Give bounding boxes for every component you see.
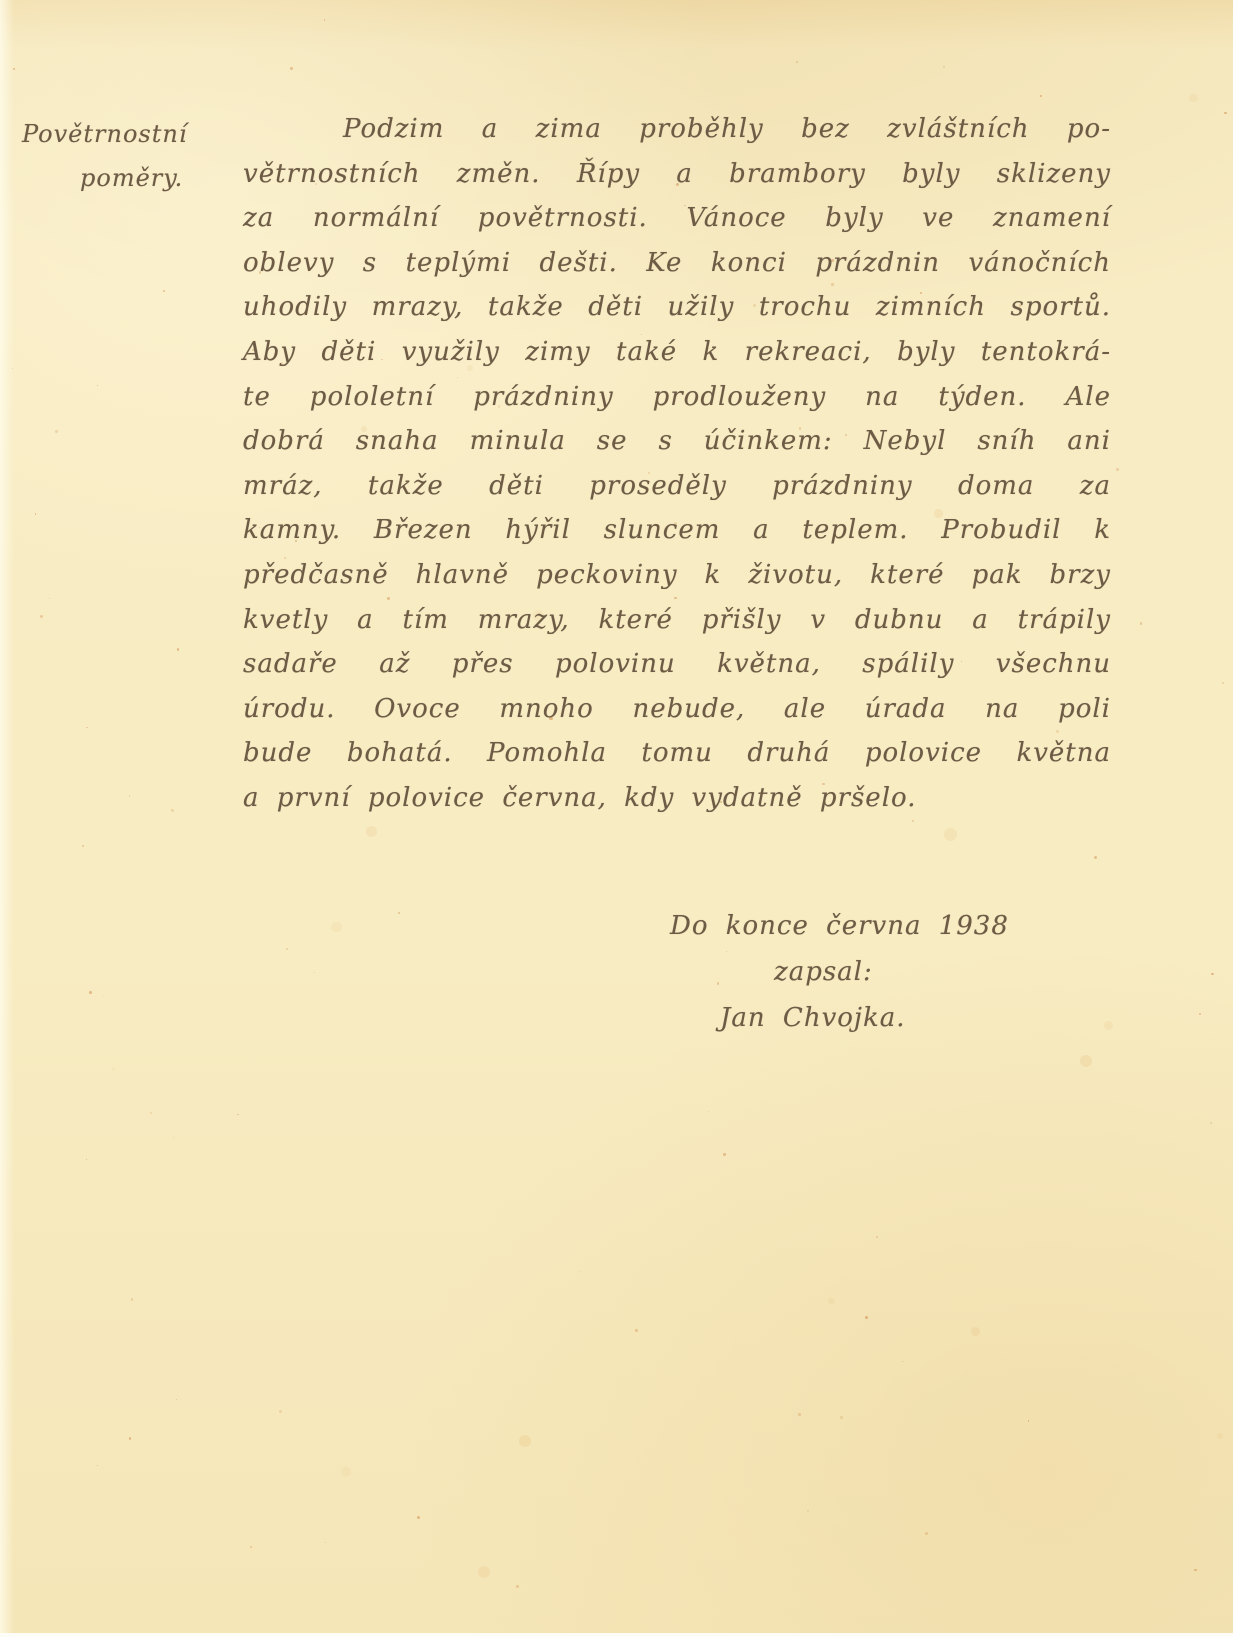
handwriting-line: za normální povětrnosti. Vánoce byly ve … xyxy=(243,196,1111,241)
foxing-spot xyxy=(1140,622,1142,624)
foxing-spot xyxy=(173,1137,174,1138)
foxing-spot xyxy=(341,1467,351,1477)
foxing-spot xyxy=(398,912,400,914)
foxing-spot xyxy=(635,1329,638,1332)
foxing-spot xyxy=(55,430,58,433)
margin-note: Povětrnostní poměry. xyxy=(22,112,232,200)
margin-note-line-1: Povětrnostní xyxy=(22,112,232,156)
closing-signature: Jan Chvojka. xyxy=(662,995,1022,1041)
handwriting-line: kamny. Březen hýřil sluncem a teplem. Pr… xyxy=(243,508,1111,553)
chronicle-page: Povětrnostní poměry. Podzim a zima probě… xyxy=(0,0,1233,1637)
foxing-spot xyxy=(35,513,37,515)
foxing-spot xyxy=(1211,973,1213,975)
foxing-spot xyxy=(865,1316,868,1319)
handwriting-line: větrnostních změn. Řípy a brambory byly … xyxy=(243,152,1111,197)
foxing-spot xyxy=(708,1111,709,1112)
foxing-spot xyxy=(177,648,180,651)
foxing-spot xyxy=(171,809,174,812)
foxing-spot xyxy=(1224,112,1227,115)
foxing-spot xyxy=(1217,1433,1223,1439)
closing-date: Do konce června 1938 xyxy=(662,903,1022,949)
foxing-spot xyxy=(163,290,165,292)
foxing-spot xyxy=(943,66,945,68)
closing-scribe-label: zapsal: xyxy=(662,949,1022,995)
foxing-spot xyxy=(840,1416,843,1419)
foxing-spot xyxy=(828,1298,835,1305)
foxing-spot xyxy=(1080,1055,1092,1067)
foxing-spot xyxy=(150,1112,152,1114)
handwriting-line: te pololetní prázdniny prodlouženy na tý… xyxy=(243,375,1111,420)
foxing-spot xyxy=(286,948,288,950)
foxing-spot xyxy=(902,1361,904,1363)
foxing-spot xyxy=(49,598,50,599)
handwriting-line: Aby děti využily zimy také k rekreaci, b… xyxy=(243,330,1111,375)
foxing-spot xyxy=(237,1114,239,1116)
handwriting-line: sadaře až přes polovinu května, spálily … xyxy=(243,642,1111,687)
foxing-spot xyxy=(1189,94,1197,102)
foxing-spot xyxy=(129,795,131,797)
foxing-spot xyxy=(798,1413,801,1416)
foxing-spot xyxy=(1040,95,1043,98)
handwriting-line: bude bohatá. Pomohla tomu druhá polovice… xyxy=(243,731,1111,776)
foxing-spot xyxy=(86,727,87,728)
foxing-spot xyxy=(250,1546,252,1548)
foxing-spot xyxy=(1194,1569,1196,1571)
foxing-spot xyxy=(1222,682,1225,685)
foxing-spot xyxy=(131,1298,133,1300)
foxing-spot xyxy=(176,1399,177,1400)
handwriting-line: úrodu. Ovoce mnoho nebude, ale úrada na … xyxy=(243,687,1111,732)
handwriting-line: mráz, takže děti proseděly prázdniny dom… xyxy=(243,464,1111,509)
foxing-spot xyxy=(1104,1021,1113,1030)
foxing-spot xyxy=(478,1566,490,1578)
foxing-spot xyxy=(1210,1122,1213,1125)
handwriting-line: kvetly a tím mrazy, které přišly v dubnu… xyxy=(243,598,1111,643)
foxing-spot xyxy=(1094,856,1097,859)
foxing-spot xyxy=(925,1532,928,1535)
foxing-spot xyxy=(912,820,914,822)
foxing-spot xyxy=(103,995,104,996)
handwriting-line: oblevy s teplými dešti. Ke konci prázdni… xyxy=(243,241,1111,286)
handwriting-line: dobrá snaha minula se s účinkem: Nebyl s… xyxy=(243,419,1111,464)
handwritten-paragraph: Podzim a zima proběhly bez zvláštních po… xyxy=(243,107,1111,821)
foxing-spot xyxy=(13,68,15,70)
foxing-spot xyxy=(290,67,293,70)
handwriting-line: a první polovice června, kdy vydatně prš… xyxy=(243,776,1111,821)
foxing-spot xyxy=(579,1271,580,1272)
foxing-spot xyxy=(331,922,342,933)
foxing-spot xyxy=(807,1510,809,1512)
handwriting-line: Podzim a zima proběhly bez zvláštních po… xyxy=(243,107,1111,152)
foxing-spot xyxy=(1028,1420,1029,1421)
foxing-spot xyxy=(89,991,92,994)
foxing-spot xyxy=(417,1516,420,1519)
foxing-spot xyxy=(519,1435,531,1447)
foxing-spot xyxy=(366,826,376,836)
foxing-spot xyxy=(324,19,326,21)
foxing-spot xyxy=(113,1068,114,1069)
foxing-spot xyxy=(971,1327,980,1336)
foxing-spot xyxy=(944,828,957,841)
foxing-spot xyxy=(86,1159,87,1160)
foxing-spot xyxy=(1199,1013,1201,1015)
foxing-spot xyxy=(97,1465,98,1466)
foxing-spot xyxy=(516,1585,519,1588)
foxing-spot xyxy=(82,845,84,847)
foxing-spot xyxy=(325,1542,326,1543)
foxing-spot xyxy=(876,1236,878,1238)
foxing-spot xyxy=(40,615,43,618)
foxing-spot xyxy=(1116,468,1119,471)
foxing-spot xyxy=(97,385,99,387)
handwriting-line: uhodily mrazy, takže děti užily trochu z… xyxy=(243,285,1111,330)
foxing-spot xyxy=(129,1437,131,1439)
foxing-spot xyxy=(314,972,315,973)
closing-block: Do konce června 1938 zapsal: Jan Chvojka… xyxy=(662,903,1022,1041)
foxing-spot xyxy=(279,1410,282,1413)
foxing-spot xyxy=(796,61,798,63)
margin-note-line-2: poměry. xyxy=(22,156,232,200)
handwriting-line: předčasně hlavně peckoviny k životu, kte… xyxy=(243,553,1111,598)
foxing-spot xyxy=(723,1153,725,1155)
foxing-spot xyxy=(12,368,13,369)
